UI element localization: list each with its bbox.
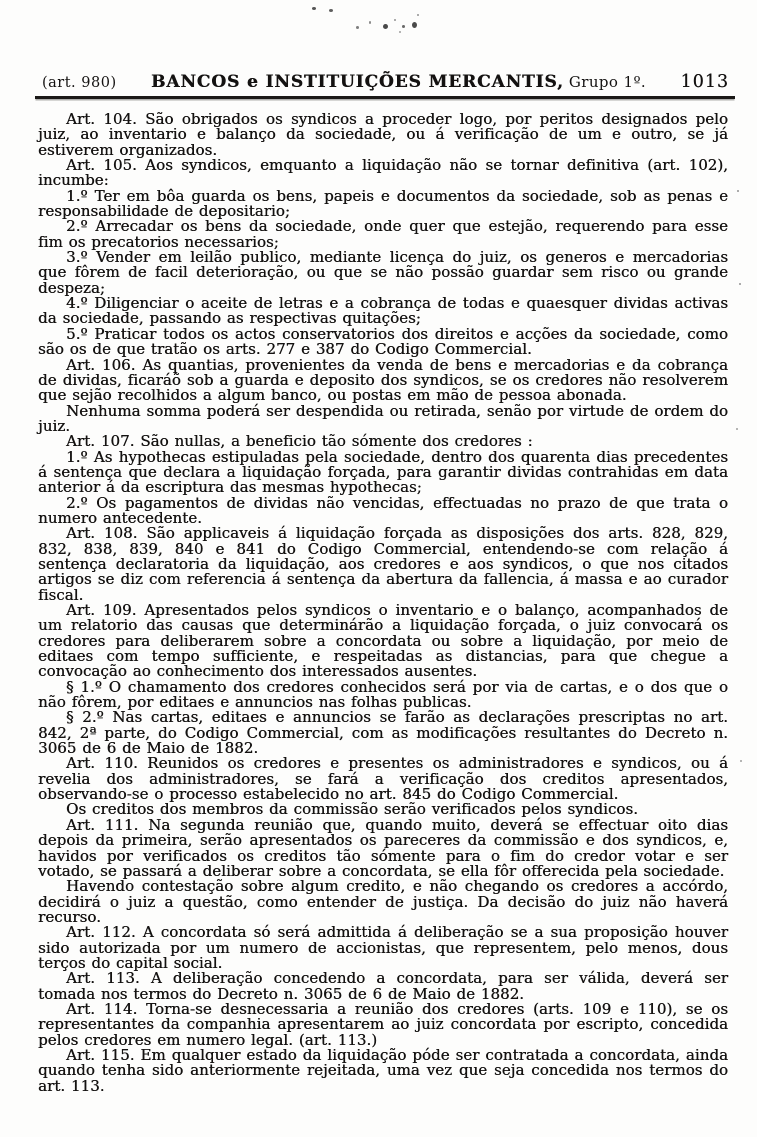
paragraph-art-108: Art. 108. São applicaveis á liquidação f… — [38, 526, 728, 603]
paragraph-art-104: Art. 104. São obrigados os syndicos a pr… — [38, 112, 728, 158]
paragraph-art-112: Art. 112. A concordata só será admittida… — [38, 925, 728, 971]
running-title: BANCOS e INSTITUIÇÕES MERCANTIS, — [151, 72, 564, 92]
ink-speck — [412, 22, 417, 28]
paragraph-art-110: Art. 110. Reunidos os credores e present… — [38, 756, 728, 802]
page-header: (art. 980) BANCOS e INSTITUIÇÕES MERCANT… — [42, 72, 729, 92]
ink-speck — [402, 25, 405, 28]
paragraph-art-105: Art. 105. Aos syndicos, emquanto a liqui… — [38, 158, 728, 189]
paragraph-art-107-item-2: 2.º Os pagamentos de dividas não vencida… — [38, 496, 728, 527]
paragraph-art-113: Art. 113. A deliberação concedendo a con… — [38, 971, 728, 1002]
paragraph-art-107-item-1: 1.º As hypothecas estipuladas pela socie… — [38, 450, 728, 496]
scanned-page: (art. 980) BANCOS e INSTITUIÇÕES MERCANT… — [0, 0, 757, 1137]
paragraph-art-105-item-3: 3.º Vender em leilão publico, mediante l… — [38, 250, 728, 296]
paragraph-art-114: Art. 114. Torna-se desnecessaria a reuni… — [38, 1002, 728, 1048]
ink-speck — [737, 190, 739, 192]
paragraph-art-106: Art. 106. As quantias, provenientes da v… — [38, 358, 728, 404]
paragraph-art-105-item-1: 1.º Ter em bôa guarda os bens, papeis e … — [38, 189, 728, 220]
ink-speck — [417, 14, 419, 16]
header-article-ref: (art. 980) — [42, 75, 117, 91]
paragraph-art-105-item-2: 2.º Arrecadar os bens da sociedade, onde… — [38, 219, 728, 250]
paragraph-art-106-cont: Nenhuma somma poderá ser despendida ou r… — [38, 404, 728, 435]
ink-speck — [329, 9, 333, 12]
header-rule — [35, 96, 735, 99]
ink-speck — [399, 31, 401, 33]
ink-speck — [356, 26, 359, 29]
paragraph-art-109-par-1: § 1.º O chamamento dos credores conhecid… — [38, 680, 728, 711]
paragraph-art-111-cont: Havendo contestação sobre algum credito,… — [38, 879, 728, 925]
paragraph-art-105-item-4: 4.º Diligenciar o aceite de letras e a c… — [38, 296, 728, 327]
ink-speck — [740, 760, 742, 762]
ink-speck — [736, 428, 738, 430]
paragraph-art-115: Art. 115. Em qualquer estado da liquidaç… — [38, 1048, 728, 1094]
ink-speck — [383, 24, 388, 29]
ink-speck — [369, 21, 371, 24]
body-text: Art. 104. São obrigados os syndicos a pr… — [38, 112, 728, 1094]
header-title-block: BANCOS e INSTITUIÇÕES MERCANTIS, Grupo 1… — [117, 72, 681, 92]
paragraph-art-111: Art. 111. Na segunda reunião que, quando… — [38, 818, 728, 879]
paragraph-art-105-item-5: 5.º Praticar todos os actos conservatori… — [38, 327, 728, 358]
paragraph-art-109-par-2: § 2.º Nas cartas, editaes e annuncios se… — [38, 710, 728, 756]
ink-speck — [739, 283, 741, 285]
ink-speck — [312, 7, 316, 10]
ink-speck — [700, 1027, 702, 1029]
group-label: Grupo 1º. — [569, 73, 646, 91]
page-number: 1013 — [680, 72, 729, 92]
ink-speck — [394, 19, 396, 21]
paragraph-art-109: Art. 109. Apresentados pelos syndicos o … — [38, 603, 728, 680]
